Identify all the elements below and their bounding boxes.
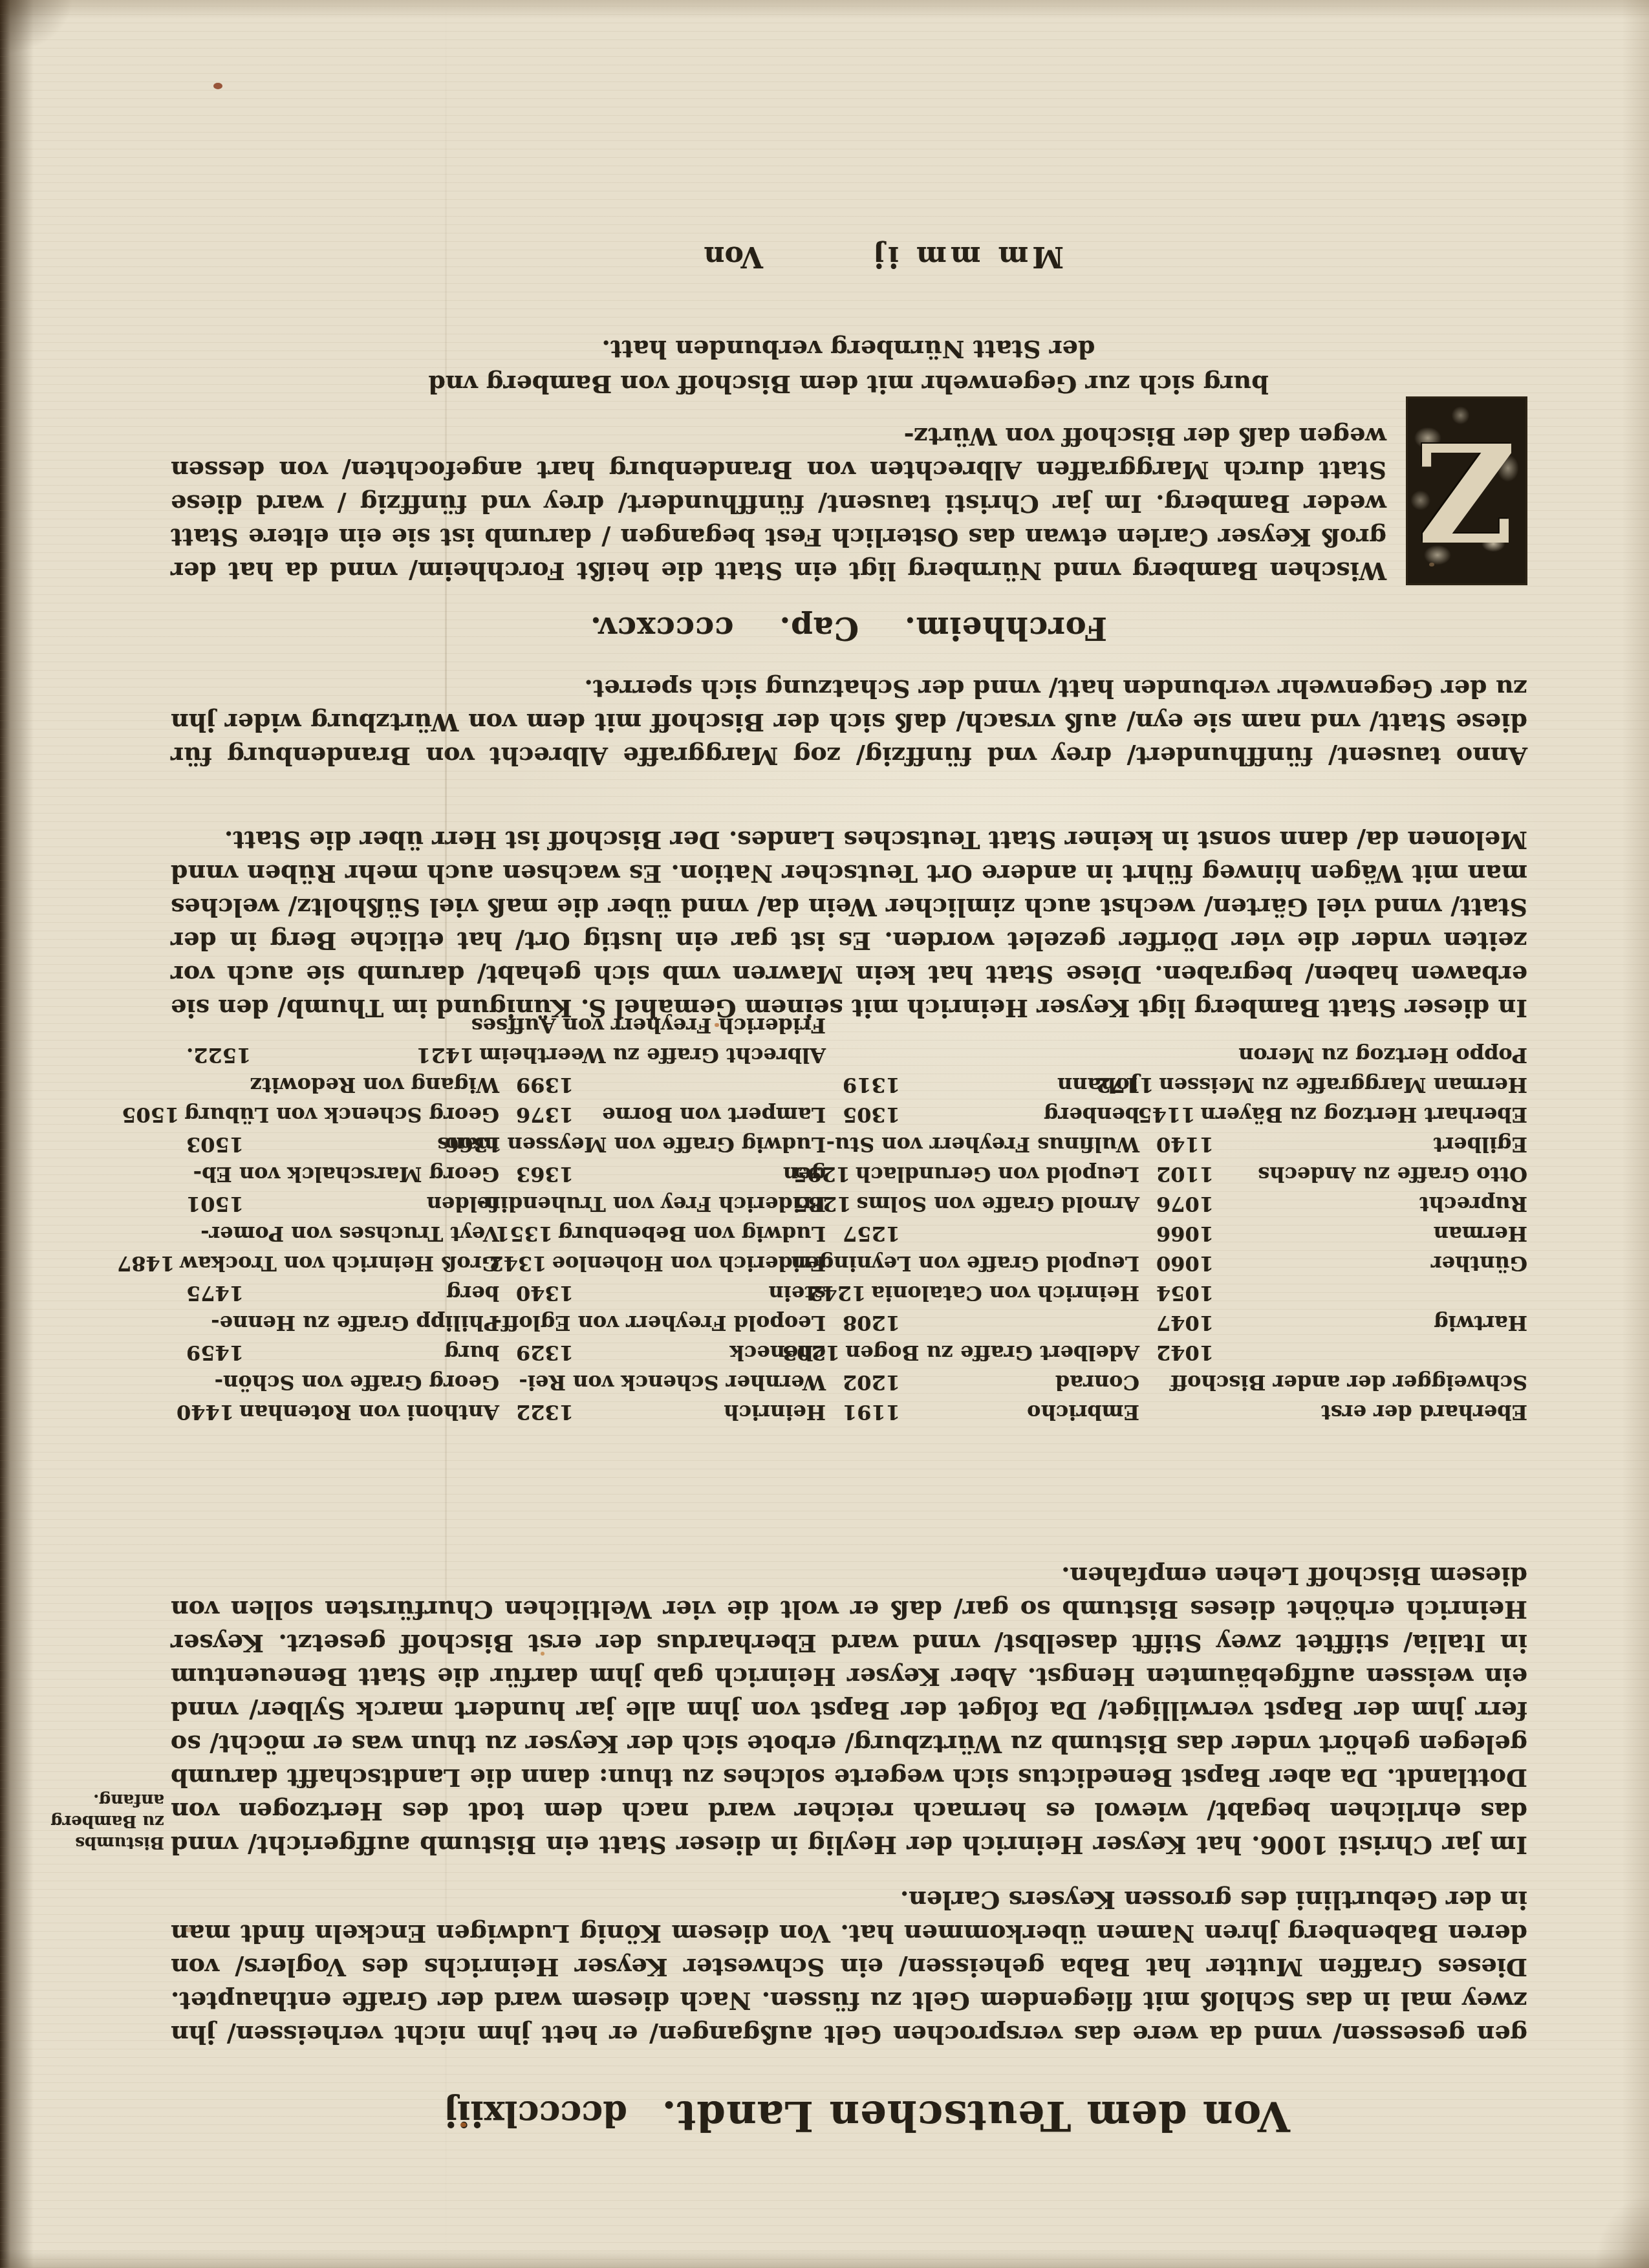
bishop-year: 1054 [1156,1279,1214,1308]
running-header-title: Von dem Teutschen Landt. [662,2091,1291,2140]
bishops-table: Eberhard der erstSchweigger der ander Bi… [169,1033,1527,1427]
bishop-name: burg [444,1338,499,1368]
bishop-row: Georg Marschalck von Eb- [186,1160,499,1189]
bishop-name: Georg Graffe von Schön- [215,1368,499,1398]
bishop-name: Herman Marggraffe zu Meissen [1159,1070,1527,1100]
bishop-row: Ruprecht1076 [1156,1189,1527,1219]
bishop-name: Adelbert Graffe zu Bogen [845,1338,1139,1368]
bishop-name: Johann [1057,1070,1139,1100]
bishop-year: 1376 [516,1100,574,1130]
bishop-year: 1145 [1137,1100,1195,1130]
bishop-row: Friderich von Hohenloe1342 [516,1249,826,1279]
bishop-name: Leopold Freyherr von Egloff- [493,1308,826,1338]
bishop-row: Arnold Graffe von Solms1285 [843,1189,1139,1219]
paragraph-babenberg-continuation: gen gesessen/ vnnd da were das versproch… [171,1883,1527,2051]
bishop-year: 1440 [177,1398,234,1427]
bishop-name: Schweigger der ander Bischoff [1170,1368,1527,1398]
bishop-row: 1399 [516,1070,826,1100]
bishop-name: Arnold Graffe von Solms [857,1189,1139,1219]
bishop-name: gen [783,1160,826,1189]
bishop-row: 1042 [1156,1338,1527,1368]
bishop-name: Herman [1434,1219,1527,1249]
bishop-row: Anthoni von Rotenhan1440 [186,1398,499,1427]
bishop-year: 1066 [1156,1219,1214,1249]
bishop-row: benberg1305 [843,1100,1139,1130]
paragraph-bamberg-description: In dieser Statt Bamberg ligt Keyser Hein… [171,823,1527,1025]
bishop-name: Philipp Graffe zu Henne- [211,1308,499,1338]
bishop-year: 1060 [1156,1249,1214,1279]
bishop-year: 1257 [843,1219,900,1249]
bishop-year: 1505 [122,1100,179,1130]
bishop-row: Wernher Schenck von Rei- [516,1368,826,1398]
bishop-row: Leopold Freyherr von Egloff- [516,1308,826,1338]
bishop-year: 1191 [843,1398,900,1427]
bishop-row: Ludwig von Bebenburg1351 [516,1219,826,1249]
bishop-row: berg1475 [186,1279,499,1308]
bishop-row: Adelbert Graffe zu Bogen1203 [843,1338,1139,1368]
bishop-name: Wigang von Redowitz [250,1070,499,1100]
bishop-year: 1102 [1156,1160,1214,1189]
running-header: Von dem Teutschen Landt. dcccclxiij [168,2082,1529,2140]
bishop-row: Veyt Truchses von Pomer- [186,1219,499,1249]
bishop-name: Leupold von Gerundlach [856,1160,1139,1189]
bishop-year: 1363 [516,1160,574,1189]
bishop-name: Heinrich [724,1398,826,1427]
bishop-row: Embricho1191 [843,1398,1139,1427]
chapter-cap-label: Cap. [779,610,859,646]
bishop-row: Wulfinus Freyherr von Stu- [843,1130,1139,1160]
bishop-year: 1329 [516,1338,574,1368]
bishop-name: benberg [1044,1100,1139,1130]
drop-cap-letter: Z [1406,396,1527,585]
bishop-row: Eberhard der erst [1156,1398,1527,1427]
bishop-row: Otto Graffe zu Andechs1102 [1156,1160,1527,1189]
chapter-heading: Forchheim.Cap.ccccxcv. [169,610,1527,646]
bishop-row: Wigang von Redowitz [186,1070,499,1100]
forchheim-body-text: Wischen Bamberg vnnd Nürnberg ligt ein S… [171,422,1386,586]
bishop-name: Ruprecht [1419,1189,1527,1219]
bishop-year: 1459 [186,1338,244,1368]
bishop-row: Johann1319 [843,1070,1139,1100]
bishop-year: 1340 [516,1279,574,1308]
bishop-row: Lampert von Borne1376 [516,1100,826,1130]
bishop-year: 1322 [516,1398,574,1427]
bishop-row: Herman Marggraffe zu Meissen1172 [1156,1070,1527,1100]
bishop-name: Egilbert [1434,1130,1527,1160]
bishop-year: 1202 [843,1368,900,1398]
bishop-row: gen1363 [516,1160,826,1189]
bishop-year: 1501 [186,1189,244,1219]
woodcut-initial-block: Z [1406,396,1527,585]
bishop-name: Anthoni von Rotenhan [239,1398,499,1427]
bishop-row: Heinrich1322 [516,1398,826,1427]
bishop-row: Philipp Graffe zu Henne- [186,1308,499,1338]
bishop-name: Georg Marschalck von Eb- [193,1160,499,1189]
bishop-row: Georg Schenck von Lüburg1505 [186,1100,499,1130]
bishop-year: 1475 [186,1279,244,1308]
bishop-row: mans1503 [186,1130,499,1160]
forchheim-closing-line-2: der Statt Nürnberg verbunden hatt. [169,332,1527,367]
bishop-year: 1487 [117,1249,175,1279]
scanned-book-page: Von dem Teutschen Landt. dcccclxiij gen … [0,0,1649,2268]
bishop-row: 1054 [1156,1279,1527,1308]
bishop-row: 1208 [843,1308,1139,1338]
bishop-year: 1208 [843,1308,900,1338]
bishops-column-3: Heinrich1322Wernher Schenck von Rei-chen… [499,1011,826,1427]
bishop-row: Schweigger der ander Bischoff [1156,1368,1527,1398]
bishop-year: 1522. [186,1041,251,1070]
bishop-name: Friderich Frey von Truhendin- [477,1189,826,1219]
bishop-name: stein [768,1279,826,1308]
bishop-name: Embricho [1027,1398,1139,1427]
bishop-row: Herman1066 [1156,1219,1527,1249]
bishop-year: 1305 [843,1100,900,1130]
bishop-row: Eberhart Hertzog zu Bäyern1145 [1156,1100,1527,1130]
bishop-row: Conrad1202 [843,1368,1139,1398]
bishop-name: Poppo Hertzog zu Meron [1238,1041,1527,1070]
bishop-year: 1503 [186,1130,244,1160]
bishop-year: 1351 [495,1219,553,1249]
bishop-name: Georg Schenck von Lüburg [184,1100,499,1130]
forchheim-closing-line-1: burg sich zur Gegenwehr mit dem Bischoff… [169,367,1527,402]
bishop-row: Leupold Graffe von Leyningen [843,1249,1139,1279]
bishops-column-4: Anthoni von Rotenhan1440Georg Graffe von… [169,1011,499,1427]
bishop-name: Günther [1431,1249,1527,1279]
bishops-column-1: Eberhard der erstSchweigger der ander Bi… [1139,1011,1527,1427]
gathering-signature: Mm mm ij [870,240,1064,273]
bishop-row: Poppo Hertzog zu Meron [1156,1041,1527,1070]
bishop-name: Lampert von Borne [602,1100,826,1130]
bishop-row: Heinrich von Catalonia1242 [843,1279,1139,1308]
bishop-year: 1076 [1156,1189,1214,1219]
bishop-row: cheneck1329 [516,1338,826,1368]
bishop-name: Wulfinus Freyherr von Stu- [826,1130,1139,1160]
margin-note-bistumbs-anfang: Bistumbs zu Bamberg anfang. [12,1789,164,1853]
bishop-row: Groß Heinrich von Trockaw1487 [186,1249,499,1279]
footer-line: Mm mm ij Von [0,228,1649,273]
bishop-row: 1257 [843,1219,1139,1249]
bishop-row: 1522. [186,1041,499,1070]
bishop-name: Hartwig [1434,1308,1527,1338]
bishop-row: Ludwig Graffe von Meyssen1366 [516,1130,826,1160]
bishop-year: 1399 [516,1070,574,1100]
bishop-row: burg1459 [186,1338,499,1368]
bishop-name: Ludwig von Bebenburg [558,1219,826,1249]
bishop-row: Hartwig1047 [1156,1308,1527,1338]
bishop-name: Eberhart Hertzog zu Bäyern [1201,1100,1527,1130]
bishop-name: Ludwig Graffe von Meyssen [508,1130,826,1160]
bishop-row: Georg Graffe von Schön- [186,1368,499,1398]
paragraph-anno-1553: Anno tausent/ fünffhundert/ drey vnd fün… [171,672,1527,773]
bishop-name: Veyt Truchses von Pomer- [200,1219,499,1249]
chapter-cap-number: ccccxcv. [590,610,734,646]
bishop-year: 1042 [1156,1338,1214,1368]
page-number: dcccclxiij [444,2093,627,2135]
bishop-name: Heinrich von Catalonia [871,1279,1139,1308]
bishop-row: Egilbert1140 [1156,1130,1527,1160]
bishop-year: 1319 [843,1070,900,1100]
bishops-column-2: Embricho1191Conrad1202Adelbert Graffe zu… [826,1011,1139,1427]
bishop-name: Eberhard der erst [1321,1398,1527,1427]
bishop-year: 1140 [1156,1130,1214,1160]
bishop-name: cheneck [730,1338,826,1368]
paragraph-bistumb-founding: Im jar Christi 1006. hat Keyser Heinrich… [171,1559,1527,1862]
bishop-name: Groß Heinrich von Trockaw [180,1249,499,1279]
bishop-name: berg [446,1279,499,1308]
bishop-name: Conrad [1055,1368,1139,1398]
paragraph-forchheim: Z Wischen Bamberg vnnd Nürnberg ligt ein… [171,393,1527,588]
bishop-row: felden1501 [186,1189,499,1219]
bishop-name: Otto Graffe zu Andechs [1258,1160,1527,1189]
bishop-row: Friderich Frey von Truhendin- [516,1189,826,1219]
bishop-row: Albrecht Graffe zu Weertheim1421 [516,1041,826,1070]
bishop-name: mans [437,1130,499,1160]
printed-content-rotated: Von dem Teutschen Landt. dcccclxiij gen … [0,0,1649,2268]
bishop-name: felden [427,1189,499,1219]
bishop-name: Leupold Graffe von Leyningen [791,1249,1139,1279]
bishop-row: Leupold von Gerundlach1295 [843,1160,1139,1189]
bishop-name: Wernher Schenck von Rei- [519,1368,826,1398]
bishop-name: Friderich von Hohenloe [552,1249,826,1279]
bishop-name: Albrecht Graffe zu Weertheim [479,1041,826,1070]
bishop-year: 1047 [1156,1308,1214,1338]
bishop-row: Günther1060 [1156,1249,1527,1279]
chapter-title: Forchheim. [904,610,1107,646]
bishop-row: stein1340 [516,1279,826,1308]
catchword: Von [704,240,763,273]
